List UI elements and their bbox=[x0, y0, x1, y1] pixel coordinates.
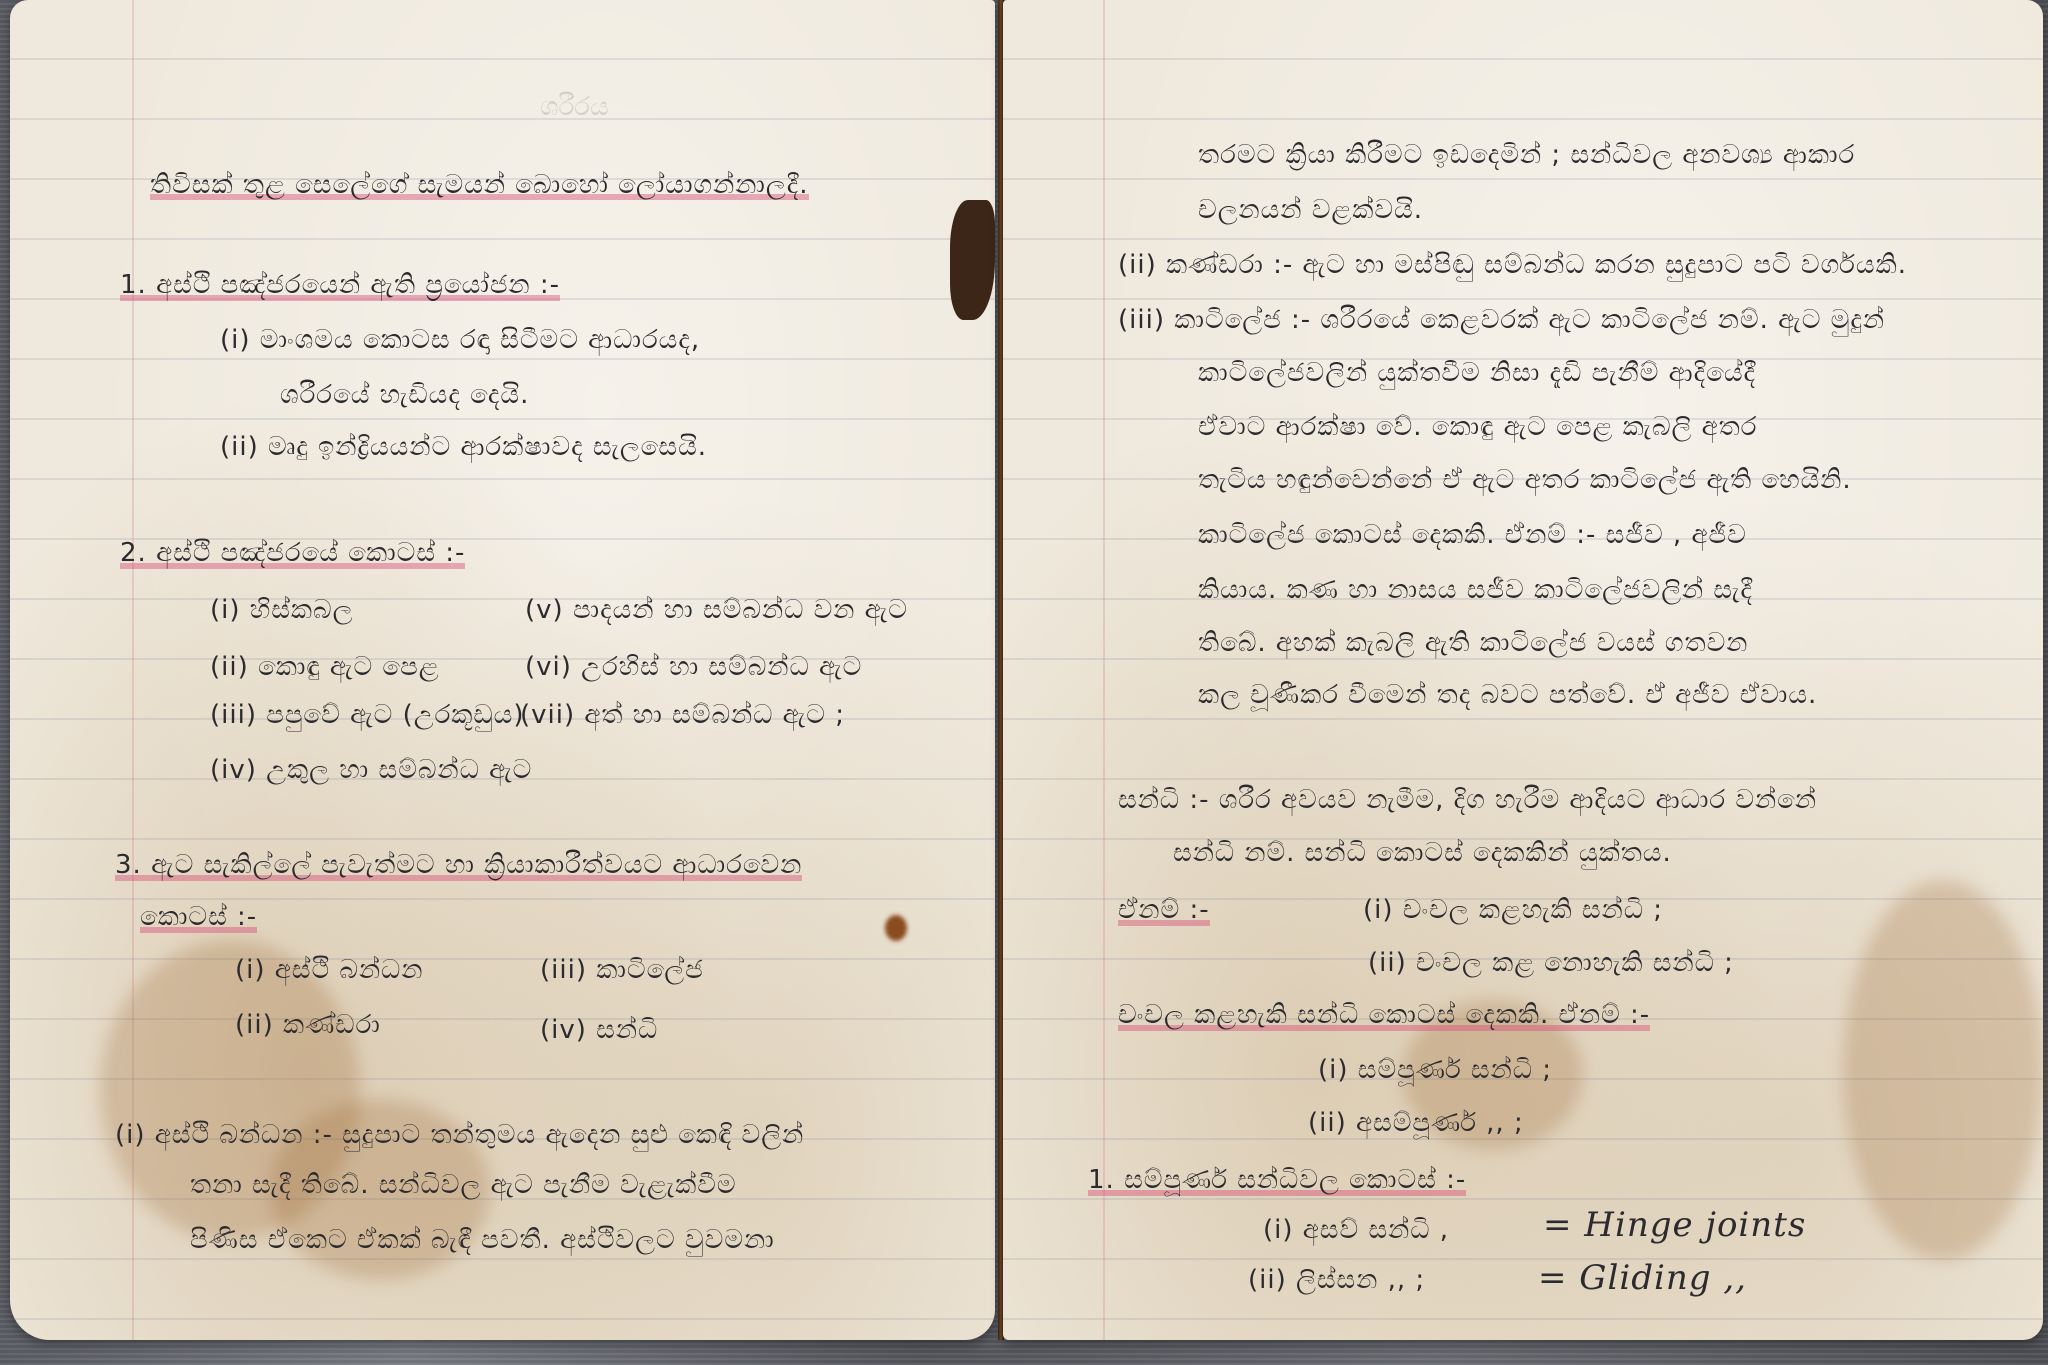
cartilage-text: ඒවාට ආරක්ෂා වේ. කොඳු ඇට පෙළ කැබලි අතර bbox=[1198, 412, 1757, 443]
section1-item: (ii) මෘදු ඉන්ද්‍රියයන්ට ආරක්ෂාවද සැලසෙයි… bbox=[220, 432, 707, 463]
ligament-line: (i) අස්ථි බන්ධන :- සුදුපාට තන්තුමය ඇදෙන … bbox=[115, 1120, 804, 1151]
ligament-line: තනා සැදී තිබේ. සන්ධිවල ඇට පැනීම වැළැක්වී… bbox=[190, 1170, 737, 1201]
joint-type: (ii) චංචල කළ නොහැකි සන්ධි ; bbox=[1368, 948, 1734, 979]
section3-heading: 3. ඇට සැකිල්ලේ පැවැත්මට හා ක්‍රියාකාරීත්… bbox=[115, 850, 802, 881]
section2-item: (iii) පපුවේ ඇට (උරකූඩුය) bbox=[210, 700, 525, 731]
gliding-joint-label: (ii) ලිස්සන ,, ; bbox=[1248, 1265, 1425, 1296]
section1-heading: 1. අස්ථි පඤ්ජරයෙන් ඇති ප්‍රයෝජන :- bbox=[120, 270, 560, 301]
tendon-line: (ii) කණ්ඩරා :- ඇට හා මස්පිඬු සම්බන්ධ කරන… bbox=[1118, 250, 1907, 281]
margin-line bbox=[1103, 0, 1105, 1340]
ethanam-label: ඒනම් :- bbox=[1118, 895, 1210, 926]
cartilage-text: කාටිලේජවලින් යුක්තවීම නිසා දැඩි පැනීම් ආ… bbox=[1198, 358, 1756, 389]
intro-line: තිවිසක් තුළ සෙලේගේ සැමයන් බොහෝ ලෝයාගන්නා… bbox=[150, 170, 809, 201]
ligament-line: පිණිස ඒකෙට ඒකක් බැඳී පවතී. අස්ථිවලට වුවම… bbox=[190, 1225, 775, 1256]
section2-item: (i) හිස්කබල bbox=[210, 595, 353, 626]
cartilage-text: චලනයන් වළක්වයි. bbox=[1198, 195, 1423, 226]
section2-item: (vii) අත් හා සම්බන්ධ ඇට ; bbox=[520, 700, 845, 731]
torn-edge bbox=[950, 200, 995, 320]
section3-item: (iii) කාටිලේජ bbox=[540, 955, 704, 986]
cartilage-heading-line: (iii) කාටිලේජ :- ශරීරයේ කෙළවරක් ඇට කාටිල… bbox=[1118, 305, 1885, 336]
cartilage-text: කියාය. කණ හා නාසය සජීව කාටිලේජවලින් සැදී bbox=[1198, 575, 1753, 606]
hinge-joint-english: = Hinge joints bbox=[1543, 1205, 1806, 1245]
cartilage-text: තරමට ක්‍රියා කිරීමට ඉඩදෙමින් ; සන්ධිවල අ… bbox=[1198, 140, 1855, 171]
right-notebook-page: තරමට ක්‍රියා කිරීමට ඉඩදෙමින් ; සන්ධිවල අ… bbox=[1003, 0, 2043, 1340]
gliding-joint-english: = Gliding ,, bbox=[1538, 1258, 1747, 1298]
water-stain bbox=[1843, 880, 2043, 1260]
ink-blot bbox=[885, 915, 907, 941]
hinge-joint-label: (i) අසව් සන්ධි , bbox=[1263, 1215, 1449, 1246]
cartilage-text: කාටිලේජ කොටස් දෙකකි. ඒනම් :- සජීව , අජීව bbox=[1198, 520, 1747, 551]
movable-joints-heading: චංචල කළහැකි සන්ධි කොටස් දෙකකි. ඒනම් :- bbox=[1118, 1000, 1650, 1031]
cartilage-text: තැටිය හඳුන්වෙන්නේ ඒ ඇට අතර කාටිලේජ ඇති හ… bbox=[1198, 465, 1852, 496]
section1-item: ශරීරයේ හැඩියද දෙයි. bbox=[280, 380, 529, 411]
cartilage-text: තිබේ. අහක් කැබලි ඇති කාටිලේජ වයස් ගතවන bbox=[1198, 628, 1748, 659]
section3-heading-continued: කොටස් :- bbox=[140, 902, 257, 933]
joints-definition: සන්ධි :- ශරීර අවයව නැමීම, දිග හැරීම ආදිය… bbox=[1118, 785, 1817, 816]
section2-item: (vi) උරහිස් හා සම්බන්ධ ඇට bbox=[525, 652, 862, 683]
section3-item: (ii) කණ්ඩරා bbox=[235, 1010, 381, 1041]
joints-definition: සන්ධි නම්. සන්ධි කොටස් දෙකකින් යුක්තය. bbox=[1173, 838, 1672, 869]
section2-item: (ii) කොඳු ඇට පෙළ bbox=[210, 652, 440, 683]
left-notebook-page: ශරීරය තිවිසක් තුළ සෙලේගේ සැමයන් බොහෝ ලෝය… bbox=[10, 0, 995, 1340]
movable-joint-type: (i) සම්පූර්ණ සන්ධි ; bbox=[1318, 1055, 1552, 1086]
section2-item: (iv) උකුල හා සම්බන්ධ ඇට bbox=[210, 755, 532, 786]
cartilage-text: කල චූණීකර වීමෙන් තද බවට පත්වේ. ඒ අජීව ඒව… bbox=[1198, 680, 1817, 711]
complete-joints-heading: 1. සම්පූර්ණ සන්ධිවල කොටස් :- bbox=[1088, 1165, 1466, 1196]
joint-type: (i) චංචල කළහැකි සන්ධි ; bbox=[1363, 895, 1663, 926]
bleed-through-header: ශරීරය bbox=[540, 92, 609, 123]
section1-item: (i) මාංශමය කොටස රඳා සිටීමට ආධාරයද, bbox=[220, 325, 700, 356]
section2-item: (v) පාදයන් හා සම්බන්ධ වන ඇට bbox=[525, 595, 908, 626]
section2-heading: 2. අස්ථි පඤ්ජරයේ කොටස් :- bbox=[120, 538, 465, 569]
movable-joint-type: (ii) අසම්පූර්ණ ,, ; bbox=[1308, 1108, 1524, 1139]
section3-item: (iv) සන්ධි bbox=[540, 1015, 658, 1046]
section3-item: (i) අස්ථි බන්ධන bbox=[235, 955, 423, 986]
